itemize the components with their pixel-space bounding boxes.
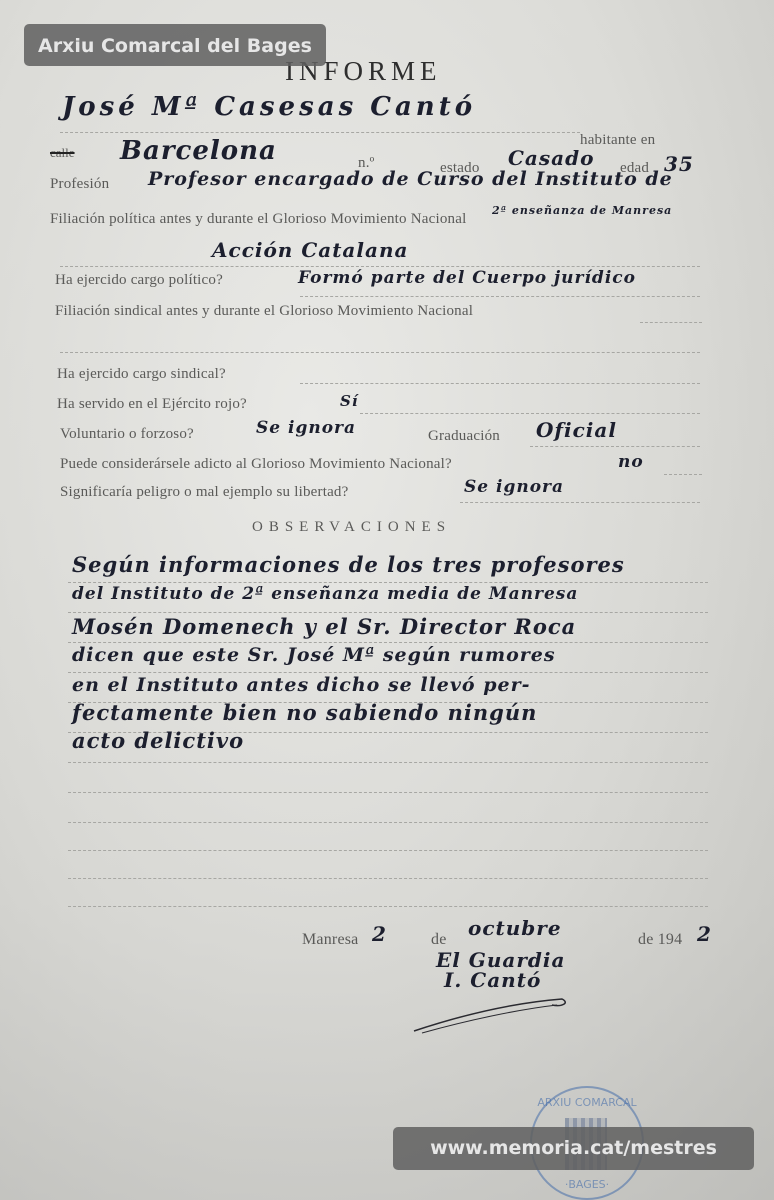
label-de-year: de 194	[638, 931, 682, 949]
label-graduacion: Graduación	[428, 428, 500, 445]
stamp-bottom-text: ·BAGES·	[532, 1178, 642, 1191]
observation-line: del Instituto de 2ª enseñanza media de M…	[72, 584, 578, 604]
label-peligro: Significaría peligro o mal ejemplo su li…	[60, 484, 348, 501]
rule	[60, 266, 700, 267]
observation-line: Mosén Domenech y el Sr. Director Roca	[72, 614, 576, 639]
rule	[68, 642, 708, 643]
rule	[68, 672, 708, 673]
observation-line: Según informaciones de los tres profesor…	[72, 552, 625, 577]
value-dia: 2	[372, 922, 387, 946]
rule	[68, 906, 708, 907]
rule	[530, 446, 700, 447]
label-lugar: Manresa	[302, 931, 359, 949]
value-mes: octubre	[468, 916, 562, 940]
rule	[360, 413, 700, 414]
rule	[60, 352, 700, 353]
rule	[300, 383, 700, 384]
rule	[68, 792, 708, 793]
label-ejercito-rojo: Ha servido en el Ejército rojo?	[57, 396, 247, 413]
value-filiacion-politica: Acción Catalana	[212, 238, 408, 262]
value-adicto: no	[618, 452, 644, 472]
rule	[68, 878, 708, 879]
rule	[460, 502, 700, 503]
label-profesion: Profesión	[50, 176, 109, 193]
observation-line: en el Instituto antes dicho se llevó per…	[72, 674, 530, 696]
label-de: de	[431, 931, 447, 949]
value-ejercito-rojo: Sí	[340, 392, 359, 410]
value-peligro: Se ignora	[464, 477, 564, 497]
value-anio-digit: 2	[697, 922, 712, 946]
signature-line-2: I. Cantó	[444, 968, 541, 992]
value-profesion-cont: 2ª enseñanza de Manresa	[492, 204, 672, 217]
label-adicto: Puede considerársele adicto al Glorioso …	[60, 456, 452, 473]
label-cargo-politico: Ha ejercido cargo político?	[55, 272, 223, 289]
value-graduacion: Oficial	[536, 418, 617, 442]
signature-flourish	[412, 995, 572, 1035]
observation-line: dicen que este Sr. José Mª según rumores	[72, 644, 556, 666]
label-filiacion-sindical: Filiación sindical antes y durante el Gl…	[55, 303, 473, 320]
value-nombre: José Mª Casesas Cantó	[62, 92, 476, 122]
observation-line: acto delictivo	[72, 728, 244, 753]
value-cargo-politico: Formó parte del Cuerpo jurídico	[298, 268, 636, 288]
value-profesion: Profesor encargado de Curso del Institut…	[148, 168, 673, 190]
stamp-top-text: ARXIU COMARCAL	[532, 1096, 642, 1109]
observaciones-heading: OBSERVACIONES	[252, 519, 451, 536]
rule	[68, 582, 708, 583]
value-voluntario: Se ignora	[256, 418, 356, 438]
label-calle: calle	[50, 145, 75, 161]
rule	[640, 322, 702, 323]
rule	[664, 474, 702, 475]
rule	[68, 762, 708, 763]
rule	[60, 132, 580, 133]
rule	[300, 296, 700, 297]
label-cargo-sindical: Ha ejercido cargo sindical?	[57, 366, 226, 383]
rule	[68, 822, 708, 823]
website-badge[interactable]: www.memoria.cat/mestres	[393, 1127, 754, 1170]
value-ciudad: Barcelona	[120, 136, 277, 166]
rule	[68, 850, 708, 851]
label-filiacion-politica: Filiación política antes y durante el Gl…	[50, 211, 466, 228]
observation-line: fectamente bien no sabiendo ningún	[72, 700, 537, 725]
value-estado: Casado	[508, 146, 594, 170]
rule	[68, 612, 708, 613]
label-voluntario: Voluntario o forzoso?	[60, 426, 194, 443]
archive-label-badge: Arxiu Comarcal del Bages	[24, 24, 326, 66]
